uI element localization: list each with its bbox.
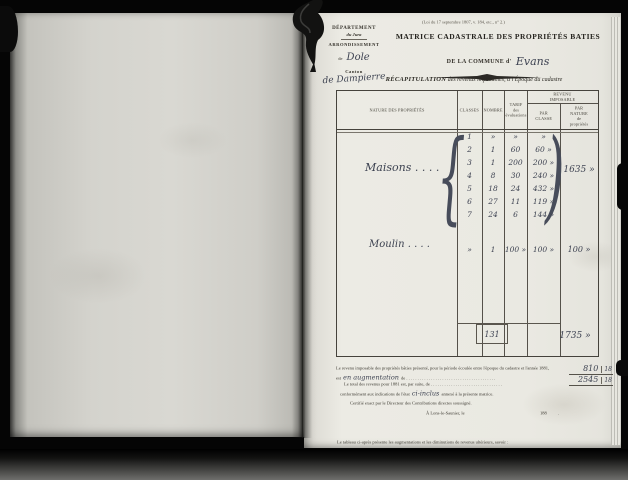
note-total-line: Le total des revenus pour 1881 est, par …	[344, 382, 502, 387]
year-dot: .	[558, 411, 559, 416]
background-floor	[0, 449, 628, 480]
left-blank-page	[10, 13, 304, 437]
recap-table: NATURE DES PROPRIÉTÉS CLASSES NOMBRE TAR…	[336, 90, 599, 357]
register-page: (Loi du 17 septembre 1807, v. 184, etc.,…	[304, 13, 621, 448]
law-reference: (Loi du 17 septembre 1807, v. 184, etc.,…	[422, 20, 505, 25]
table-row: 62711119 »	[457, 197, 560, 209]
recap-subtitle: des revenus imposables, à l'Époque du ca…	[446, 77, 562, 83]
totals-rule	[457, 323, 560, 324]
page-edge-nick	[616, 360, 628, 376]
handwritten-etat: ci-inclus	[412, 390, 439, 398]
note-revenu-line1: Le revenu imposable des propriétés bâtie…	[336, 366, 549, 371]
table-row: 7246144 »	[457, 210, 560, 222]
scanned-register-photo: (Loi du 17 septembre 1807, v. 184, etc.,…	[0, 0, 628, 480]
header-nombre: NOMBRE	[482, 91, 504, 129]
header-revenu-span: REVENU IMPOSABLE	[527, 91, 598, 103]
moulin-total: 100 »	[561, 245, 597, 254]
page-edge-notch	[617, 163, 628, 210]
total-par-nature: 1735 »	[553, 331, 597, 341]
table-row: 51824432 »	[457, 184, 560, 196]
recap-title: RÉCAPITULATION	[386, 76, 447, 83]
arrondissement-value: Dole	[347, 52, 370, 63]
page-title: MATRICE CADASTRALE DES PROPRIÉTÉS BATIES	[382, 32, 614, 41]
amount-total-1881: 254518	[569, 375, 613, 386]
header-tarif: TARIF des évaluations	[504, 91, 527, 129]
certification-line: Certifié exact par le Directeur des Cont…	[350, 401, 472, 406]
recap-heading: RÉCAPITULATION des revenus imposables, à…	[350, 76, 598, 83]
note-conformement-line: conformément aux indications de l'état c…	[340, 390, 494, 398]
table-row: 1»»»	[457, 132, 560, 144]
commune-value: Evans	[516, 55, 550, 68]
handwritten-augmentation: en augmentation	[343, 374, 399, 382]
commune-label: DE LA COMMUNE d'	[447, 59, 512, 65]
maisons-label: Maisons . . . .	[365, 161, 439, 174]
amounts-block: 81018 254518	[569, 364, 613, 386]
year-blank: 188	[540, 411, 547, 416]
total-nombre: 131	[476, 324, 508, 344]
divider	[341, 39, 367, 40]
table-row: 216060 »	[457, 145, 560, 157]
maisons-total: 1635 »	[561, 165, 597, 175]
place-date-line: À Lons-le-Saunier, le	[426, 411, 465, 416]
moulin-label: Moulin . . . .	[369, 239, 430, 250]
amount-augmentation: 81018	[569, 364, 613, 375]
moulin-row: »1100 »100 »	[457, 245, 560, 257]
note-revenu-line2: est en augmentation de . . . . . . . . .…	[336, 374, 495, 382]
tableau-note: Le tableau ci-après présente les augment…	[337, 440, 508, 445]
binding-knot	[283, 0, 339, 72]
table-row: 31200200 »	[457, 158, 560, 170]
book-spine-crease	[302, 13, 303, 438]
table-row: 4830240 »	[457, 171, 560, 183]
header-par-nature: PAR NATURE de propriétés	[560, 103, 598, 129]
